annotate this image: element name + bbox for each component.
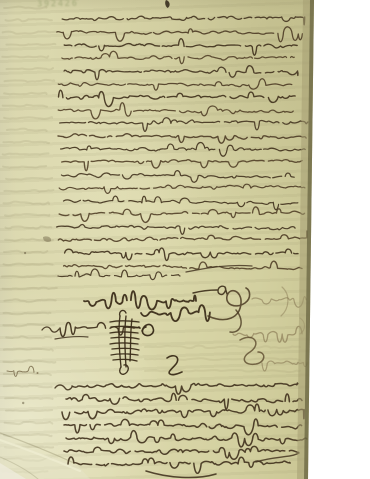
faint-flourish: [233, 326, 302, 342]
speck: [22, 402, 24, 404]
rubric-stroke: [110, 332, 138, 333]
verso-line: [4, 93, 47, 95]
text-line: [64, 39, 297, 55]
verso-line: [4, 373, 51, 375]
margin-dot: [37, 372, 39, 374]
text-line: [64, 66, 298, 80]
verso-line: [3, 153, 49, 154]
verso-line: [145, 370, 300, 372]
text-line: [64, 261, 302, 269]
text-line: [64, 196, 298, 210]
verso-line: [5, 214, 49, 216]
ladder-rubric: [110, 310, 140, 374]
handwriting-layer: [0, 0, 370, 479]
text-line: [65, 248, 298, 260]
bottom-text-block: [55, 383, 307, 477]
verso-line: [4, 264, 53, 266]
page-edge: [297, 0, 314, 479]
text-line: [59, 90, 296, 106]
verso-line: [145, 346, 300, 349]
verso-line: [2, 275, 57, 277]
text-line: [68, 457, 290, 473]
main-text-block: [57, 16, 308, 279]
underline: [55, 337, 88, 339]
verso-line: [7, 129, 47, 131]
faint-flourish: [252, 297, 306, 308]
verso-line: [4, 386, 52, 388]
verso-line: [3, 141, 49, 143]
verso-line: [3, 166, 46, 168]
tilde-mark: [42, 327, 59, 332]
verso-line: [6, 226, 52, 228]
text-line: [58, 103, 293, 119]
faint-flourish: [281, 287, 288, 316]
rubric-stroke: [110, 343, 138, 344]
verso-line: [145, 358, 300, 360]
paraph-flourish: [230, 310, 241, 332]
text-line: [72, 383, 298, 394]
text-line: [66, 431, 307, 447]
text-line: [61, 142, 306, 156]
verso-line: [4, 313, 51, 315]
rubric-stroke: [110, 321, 139, 322]
phrase-line: [60, 322, 140, 336]
text-line: [62, 171, 295, 183]
verso-line: [5, 398, 52, 399]
verso-line: [4, 117, 52, 119]
rubric-stroke: [120, 310, 126, 316]
signature-dash: [193, 290, 217, 293]
end-curl: [142, 324, 153, 335]
verso-line: [3, 288, 57, 289]
superscript-a: [218, 286, 227, 294]
text-line: [58, 269, 180, 280]
verso-line: [7, 68, 54, 69]
text-line: [60, 118, 308, 132]
verso-line: [4, 7, 46, 9]
left-phrase: [42, 322, 153, 339]
text-line: [62, 160, 302, 171]
text-line: [64, 419, 302, 435]
verso-line: [4, 190, 53, 192]
rubric-stroke: [111, 354, 138, 355]
verso-line: [6, 410, 52, 411]
signature-line: [141, 305, 210, 321]
text-line: [62, 16, 304, 25]
page-creases: [0, 433, 90, 479]
verso-line: [2, 56, 48, 57]
text-line: [62, 51, 294, 63]
text-line: [58, 134, 306, 143]
verso-line: [4, 299, 55, 302]
text-line: [59, 184, 305, 193]
verso-line: [3, 105, 47, 107]
text-line: [64, 446, 299, 459]
text-line: [66, 393, 302, 409]
verso-line: [4, 202, 50, 205]
signature-block: [84, 286, 250, 332]
text-line: [62, 404, 304, 419]
verso-line: [5, 80, 55, 82]
text-line: [58, 79, 291, 90]
paraph-flourish: [208, 288, 250, 320]
top-ink-blob: [165, 0, 169, 8]
text-line: [59, 207, 304, 223]
verso-line: [3, 31, 56, 34]
text-line: [57, 224, 295, 234]
verso-line: [6, 19, 52, 21]
swash-tail: [256, 453, 299, 462]
verso-line: [6, 336, 51, 338]
signature-line: [84, 291, 196, 309]
verso-line: [6, 44, 55, 45]
verso-line: [4, 434, 52, 436]
text-line: [58, 231, 307, 241]
verso-line: [6, 178, 52, 180]
tilde-mark: [55, 385, 72, 390]
verso-line: [3, 324, 54, 326]
verso-line: [4, 360, 56, 362]
verso-line: [5, 422, 53, 424]
verso-line: [4, 349, 53, 351]
manuscript-scan: 392426: [0, 0, 370, 479]
speck: [24, 252, 26, 254]
swash-underline: [146, 471, 216, 478]
